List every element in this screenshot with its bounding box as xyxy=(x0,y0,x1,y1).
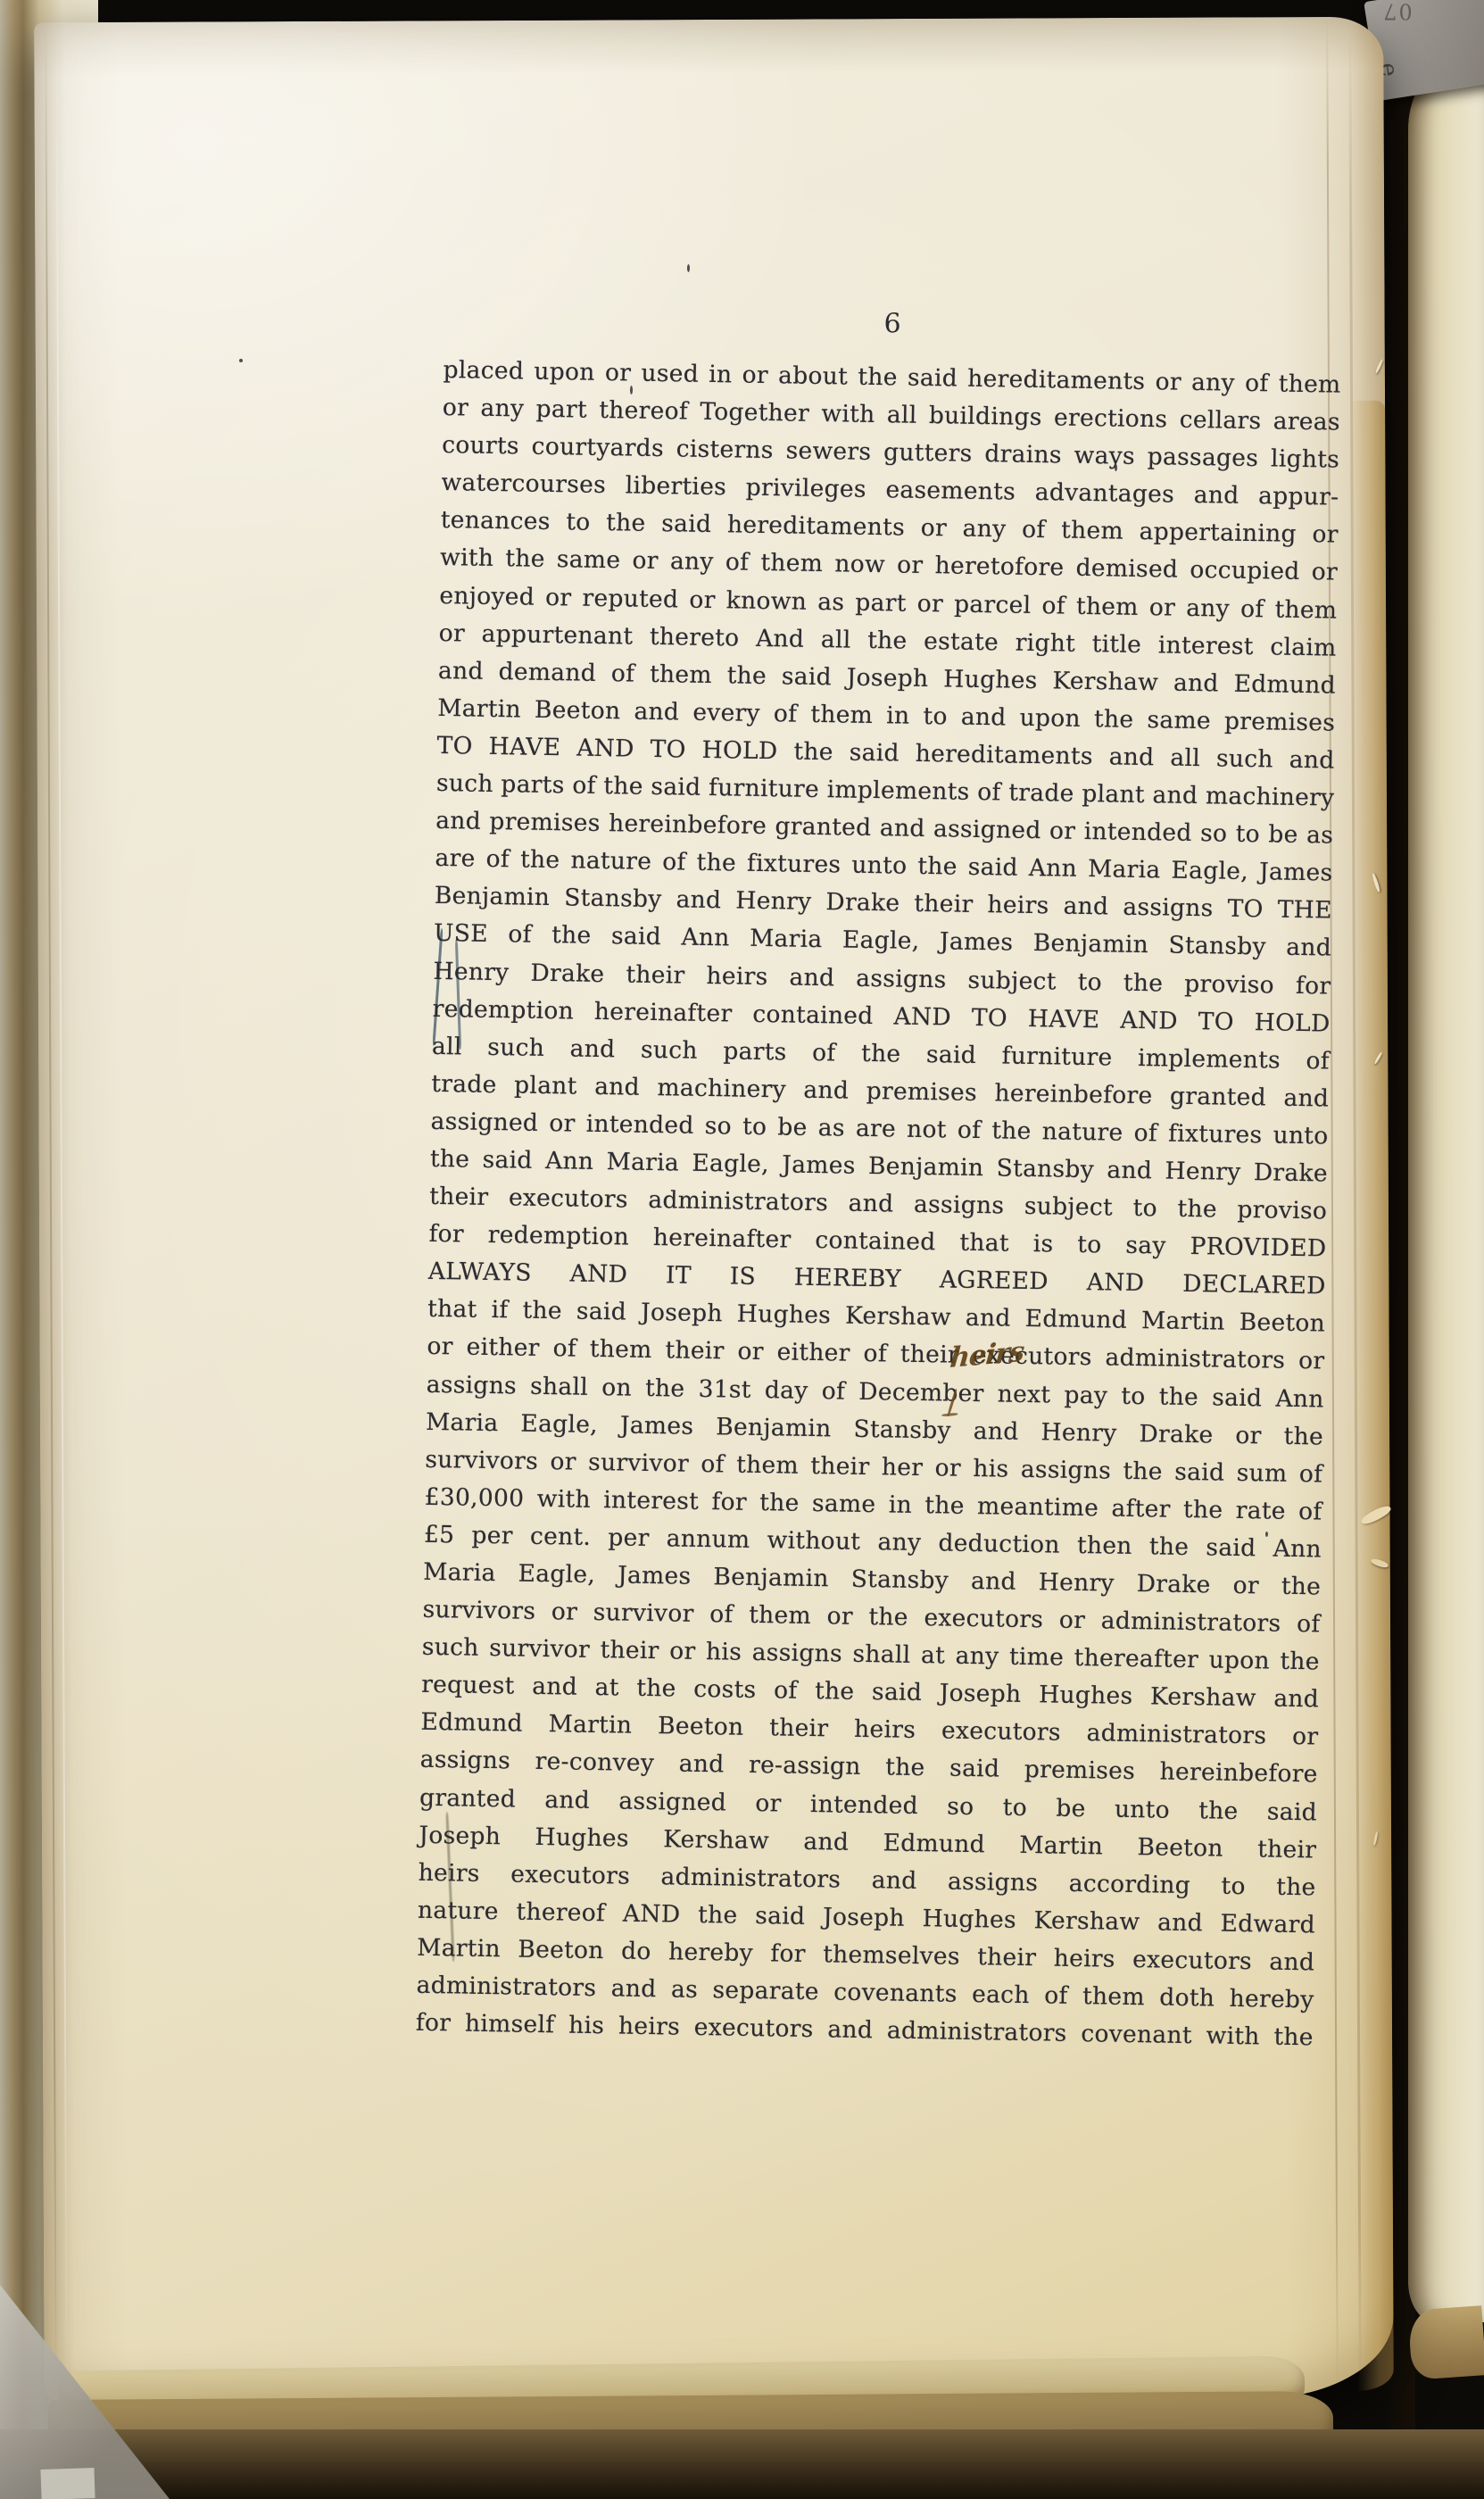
text-block: 6 placed upon or used in or about the sa… xyxy=(416,296,1342,2057)
ink-speck xyxy=(687,264,690,272)
book-bottom-shadow xyxy=(0,2429,1484,2499)
facing-page-stack xyxy=(1408,73,1484,2322)
handwritten-insertion: heirs xyxy=(949,1335,1025,1374)
gutter-crease-highlight xyxy=(55,22,68,2404)
label-glyph: 07 xyxy=(1381,0,1413,24)
background-surface-strip xyxy=(40,2468,95,2499)
facing-page-worn-edge xyxy=(1407,2305,1484,2380)
ink-speck xyxy=(239,359,243,362)
book-photograph: 07 e 6 placed upon or used in or about t… xyxy=(0,0,1484,2499)
gutter-crease xyxy=(45,22,57,2404)
